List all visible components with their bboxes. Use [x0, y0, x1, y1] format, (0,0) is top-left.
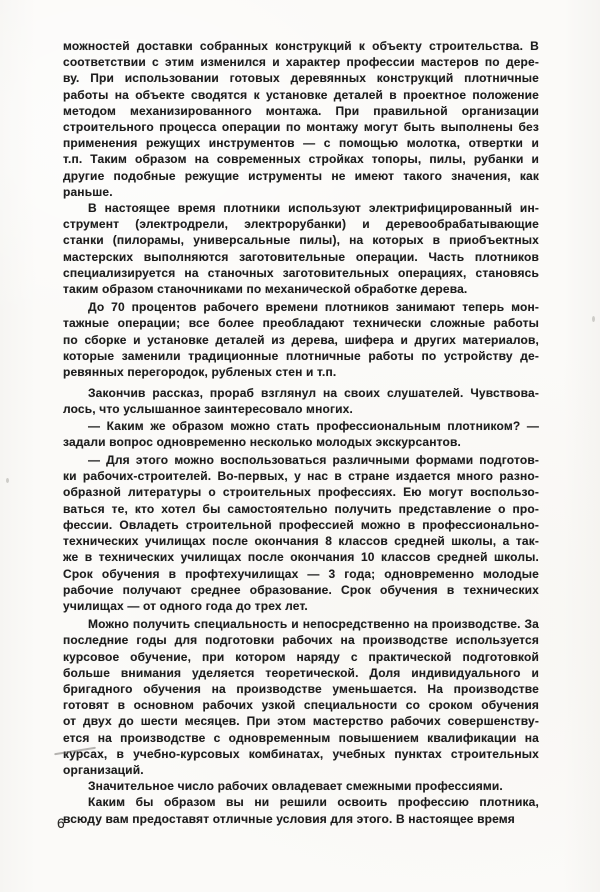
text-line: можностей доставки собранных конструкций… [63, 38, 539, 54]
text-line: соответствии с этим изменился и характер… [63, 54, 539, 70]
text-line: — Каким же образом можно стать профессио… [63, 418, 539, 434]
text-line: мастерских выполняются заготовительные о… [63, 249, 539, 265]
text-line: другие подобные режущие иструменты не им… [63, 168, 539, 184]
text-line: последние годы для подготовки рабочих на… [63, 632, 539, 648]
text-line: Можно получить специальность и непосредс… [63, 616, 539, 632]
text-line: ву. При использовании готовых деревянных… [63, 70, 539, 86]
text-line: специализируется на станочных заготовите… [63, 265, 539, 281]
paragraph: В настоящее время плотники используют эл… [63, 200, 539, 297]
scan-speck [592, 316, 595, 322]
text-line: образной литературы о строительных профе… [63, 484, 539, 500]
text-line: Каким бы образом вы ни решили освоить пр… [63, 794, 539, 810]
paragraph: Значительное число рабочих овладевает см… [63, 778, 539, 794]
paragraph: Можно получить специальность и непосредс… [63, 616, 539, 778]
text-line: же в технических училищах после окончани… [63, 549, 539, 565]
paragraph: До 70 процентов рабочего времени плотник… [63, 299, 539, 380]
text-line: технических училищах после окончания 8 к… [63, 533, 539, 549]
text-line: курсах, в учебно-курсовых комбинатах, уч… [63, 746, 539, 762]
text-line: методом механизированного монтажа. При п… [63, 103, 539, 119]
scan-speck [6, 478, 9, 483]
text-line: ется на производстве с одновременным пов… [63, 730, 539, 746]
text-line: В настоящее время плотники используют эл… [63, 200, 539, 216]
text-line: курсовое обучение, при котором наряду с … [63, 649, 539, 665]
text-line: раньше. [63, 184, 539, 200]
text-line: ваться те, кто хотел бы самостоятельно п… [63, 501, 539, 517]
text-line: т.п. Таким образом на современных стройк… [63, 151, 539, 167]
text-line: применения режущих инструментов — с помо… [63, 135, 539, 151]
text-line: таким образом станочниками по механическ… [63, 281, 539, 297]
text-line: больше внимания уделяется теоретической.… [63, 665, 539, 681]
scanned-page: можностей доставки собранных конструкций… [0, 0, 600, 892]
page-number: 6 [57, 815, 65, 831]
text-line: которые заменили традиционные плотничные… [63, 348, 539, 364]
text-line: бригадного обучения на производстве умен… [63, 681, 539, 697]
paragraph: Каким бы образом вы ни решили освоить пр… [63, 794, 539, 826]
text-line: строительного процесса операции по монта… [63, 119, 539, 135]
text-line: тажные операции; все более преобладают т… [63, 315, 539, 331]
paragraph: — Каким же образом можно стать профессио… [63, 418, 539, 450]
text-line: Срок обучения в профтехучилищах — 3 года… [63, 566, 539, 582]
text-line: организаций. [63, 762, 539, 778]
paragraph: можностей доставки собранных конструкций… [63, 38, 539, 200]
paragraph: Закончив рассказ, прораб взглянул на сво… [63, 385, 539, 417]
text-line: фессии. Овладеть строительной профессией… [63, 517, 539, 533]
text-line: ки рабочих-строителей. Во-первых, у нас … [63, 468, 539, 484]
text-line: работы на объекте сводятся к установке д… [63, 87, 539, 103]
text-line: рабочие получают среднее образование. Ср… [63, 582, 539, 598]
text-line: задали вопрос одновременно несколько мол… [63, 434, 539, 450]
text-line: по сборке и установке деталей из дерева,… [63, 332, 539, 348]
text-line: станки (пилорамы, универсальные пилы), н… [63, 232, 539, 248]
text-block: можностей доставки собранных конструкций… [63, 38, 539, 827]
text-line: всюду вам предоставят отличные условия д… [63, 811, 539, 827]
paragraph: — Для этого можно воспользоваться различ… [63, 452, 539, 614]
text-line: от двух до шести месяцев. При этом масте… [63, 713, 539, 729]
text-line: Значительное число рабочих овладевает см… [63, 778, 539, 794]
text-line: училищах — от одного года до трех лет. [63, 598, 539, 614]
text-line: До 70 процентов рабочего времени плотник… [63, 299, 539, 315]
text-line: Закончив рассказ, прораб взглянул на сво… [63, 385, 539, 401]
text-line: лось, что услышанное заинтересовало мног… [63, 401, 539, 417]
text-line: готовят в основном рабочих узкой специал… [63, 697, 539, 713]
text-line: струмент (электродрели, электрорубанки) … [63, 216, 539, 232]
text-line: — Для этого можно воспользоваться различ… [63, 452, 539, 468]
text-line: ревянных перегородок, рубленых стен и т.… [63, 364, 539, 380]
